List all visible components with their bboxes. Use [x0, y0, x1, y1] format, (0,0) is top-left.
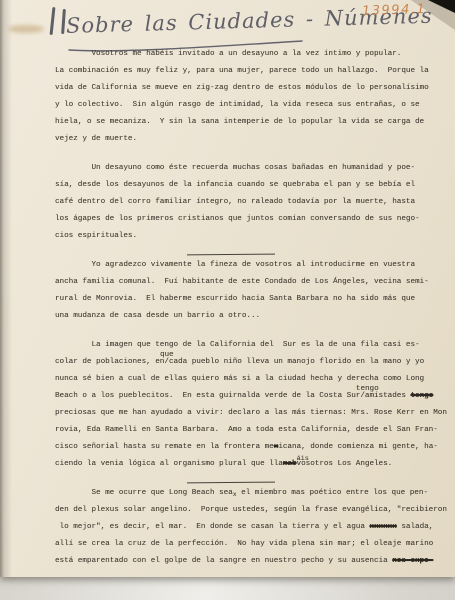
- typed-text: hiela, o se mecaniza. Y sin la sana inte…: [55, 118, 424, 126]
- archive-number: 13994.1: [362, 2, 427, 19]
- typed-line: rovia, Eda Ramelli en Santa Barbara. Amo…: [55, 426, 449, 443]
- typed-text: el miembro mas poético entre los que pen…: [237, 489, 428, 497]
- typed-line: preciosas que me han ayudado a vivir: de…: [55, 409, 449, 426]
- typed-text: ancha familia comunal. Fuí habitante de …: [55, 278, 429, 286]
- typed-text: allí se crea la cruz de la perfección. N…: [55, 540, 433, 548]
- typed-line: allí se crea la cruz de la perfección. N…: [55, 540, 449, 557]
- typed-text: ciendo la venia lógica al organismo plur…: [55, 460, 283, 468]
- typed-text: salada,: [397, 523, 433, 531]
- typed-text: cios espirituales.: [55, 232, 137, 240]
- typed-line: den del plexus solar angelino. Porque us…: [55, 506, 449, 523]
- handwritten-mark-stroke: [50, 7, 56, 35]
- typed-text: den del plexus solar angelino. Porque us…: [55, 506, 447, 514]
- typed-line: Se me ocurre que Long Beach seax el miem…: [55, 489, 449, 506]
- typed-line: nunca sé bien a cual de ellas quiero más…: [55, 375, 449, 392]
- paper-left-edge-shadow: [0, 0, 12, 577]
- typed-text: está emparentado con el golpe de la sang…: [55, 557, 392, 565]
- typed-text: los ágapes de los primeros cristianos qu…: [55, 215, 420, 223]
- typed-text: rural de Monrovia. El haberme escurrido …: [55, 295, 415, 303]
- paragraph-gap: [55, 152, 449, 164]
- typed-line: rural de Monrovia. El haberme escurrido …: [55, 295, 449, 312]
- typed-text: Yo agradezco vivamente la fineza de voso…: [55, 261, 415, 269]
- typed-line: ciendo la venia lógica al organismo plur…: [55, 460, 449, 477]
- typed-text: La imagen que tengo de la California del…: [55, 341, 420, 349]
- typed-text: vejez y de muerte.: [55, 135, 137, 143]
- typed-text: nunca sé bien a cual de ellas quiero más…: [55, 375, 424, 383]
- subscript-mark: x: [233, 491, 237, 498]
- typed-line: cios espirituales.: [55, 232, 449, 249]
- typed-line: Yo agradezco vivamente la fineza de voso…: [55, 261, 449, 278]
- typed-line: cisco señorial hasta su remate en la fro…: [55, 443, 449, 460]
- typed-line: sía, desde los desayunos de la infancia …: [55, 181, 449, 198]
- typed-text: Beach o a los pueblecitos. En esta guirn…: [55, 392, 365, 400]
- divider-line: [187, 482, 275, 484]
- typed-line: Un desayuno como éste recuerda muchas co…: [55, 164, 449, 181]
- section-divider: [55, 249, 449, 261]
- typed-line: vida de California se mueve en zig-zag d…: [55, 84, 449, 101]
- typed-text: La combinación es muy feliz y, para una …: [55, 67, 429, 75]
- typed-line: Vosotros me habéis invitado a un desayun…: [55, 50, 449, 67]
- typed-text: icana, donde comienza mi gente, ha-: [278, 443, 438, 451]
- typed-text: Se me ocurre que Long Beach sea: [55, 489, 233, 497]
- typed-line: La combinación es muy feliz y, para una …: [55, 67, 449, 84]
- typed-line: colar de poblaciones, en/quecada pueblo …: [55, 358, 449, 375]
- divider-line: [187, 254, 275, 256]
- section-divider: [55, 477, 449, 489]
- typed-text: cada pueblo niño lleva un manojo florido…: [169, 358, 424, 366]
- typed-line: los ágapes de los primeros cristianos qu…: [55, 215, 449, 232]
- typewritten-page: Sobre las Ciudades - Númenes 13994.1 Vos…: [0, 0, 455, 577]
- typed-text: lo mejor", es decir, el mar. En donde se…: [55, 523, 369, 531]
- typed-line: La imagen que tengo de la California del…: [55, 341, 449, 358]
- typed-text: cisco señorial hasta su remate en la fro…: [55, 443, 274, 451]
- typed-line: Beach o a los pueblecitos. En esta guirn…: [55, 392, 449, 409]
- typed-line: vejez y de muerte.: [55, 135, 449, 152]
- typed-line: café dentro del corro familiar íntegro, …: [55, 198, 449, 215]
- typed-line: ancha familia comunal. Fuí habitante de …: [55, 278, 449, 295]
- typed-text: vida de California se mueve en zig-zag d…: [55, 84, 429, 92]
- typed-text: Un desayuno como éste recuerda muchas co…: [55, 164, 415, 172]
- struck-text: mab: [283, 460, 297, 468]
- typed-text: preciosas que me han ayudado a vivir: de…: [55, 409, 447, 417]
- struck-text: nos expo-: [392, 557, 433, 565]
- typed-text-body: Vosotros me habéis invitado a un desayun…: [55, 50, 449, 574]
- typed-line: una mudanza de casa desde un barrio a ot…: [55, 312, 449, 329]
- typed-text: Vosotros me habéis invitado a un desayun…: [55, 50, 401, 58]
- typed-text: rovia, Eda Ramelli en Santa Barbara. Amo…: [55, 426, 438, 434]
- typed-line: lo mejor", es decir, el mar. En donde se…: [55, 523, 449, 540]
- typed-line: y lo colectivo. Sin algún rasgo de intim…: [55, 101, 449, 118]
- typed-line: está emparentado con el golpe de la sang…: [55, 557, 449, 574]
- typed-line: hiela, o se mecaniza. Y sin la sana inte…: [55, 118, 449, 135]
- struck-text: tengo: [410, 392, 433, 400]
- typed-text: una mudanza de casa desde un barrio a ot…: [55, 312, 260, 320]
- typed-text: café dentro del corro familiar íntegro, …: [55, 198, 415, 206]
- typed-text: vosotros Los Angeles.: [297, 460, 393, 468]
- paragraph-gap: [55, 329, 449, 341]
- paper-smudge: [8, 25, 44, 33]
- typed-text: y lo colectivo. Sin algún rasgo de intim…: [55, 101, 420, 109]
- typed-text: amistades: [365, 392, 411, 400]
- struck-text: xxxxxx: [369, 523, 396, 531]
- handwritten-mark-stroke: [61, 9, 65, 34]
- typed-text: sía, desde los desayunos de la infancia …: [55, 181, 415, 189]
- typed-text: colar de poblaciones, en/: [55, 358, 169, 366]
- scanned-page-photo: Sobre las Ciudades - Númenes 13994.1 Vos…: [0, 0, 455, 600]
